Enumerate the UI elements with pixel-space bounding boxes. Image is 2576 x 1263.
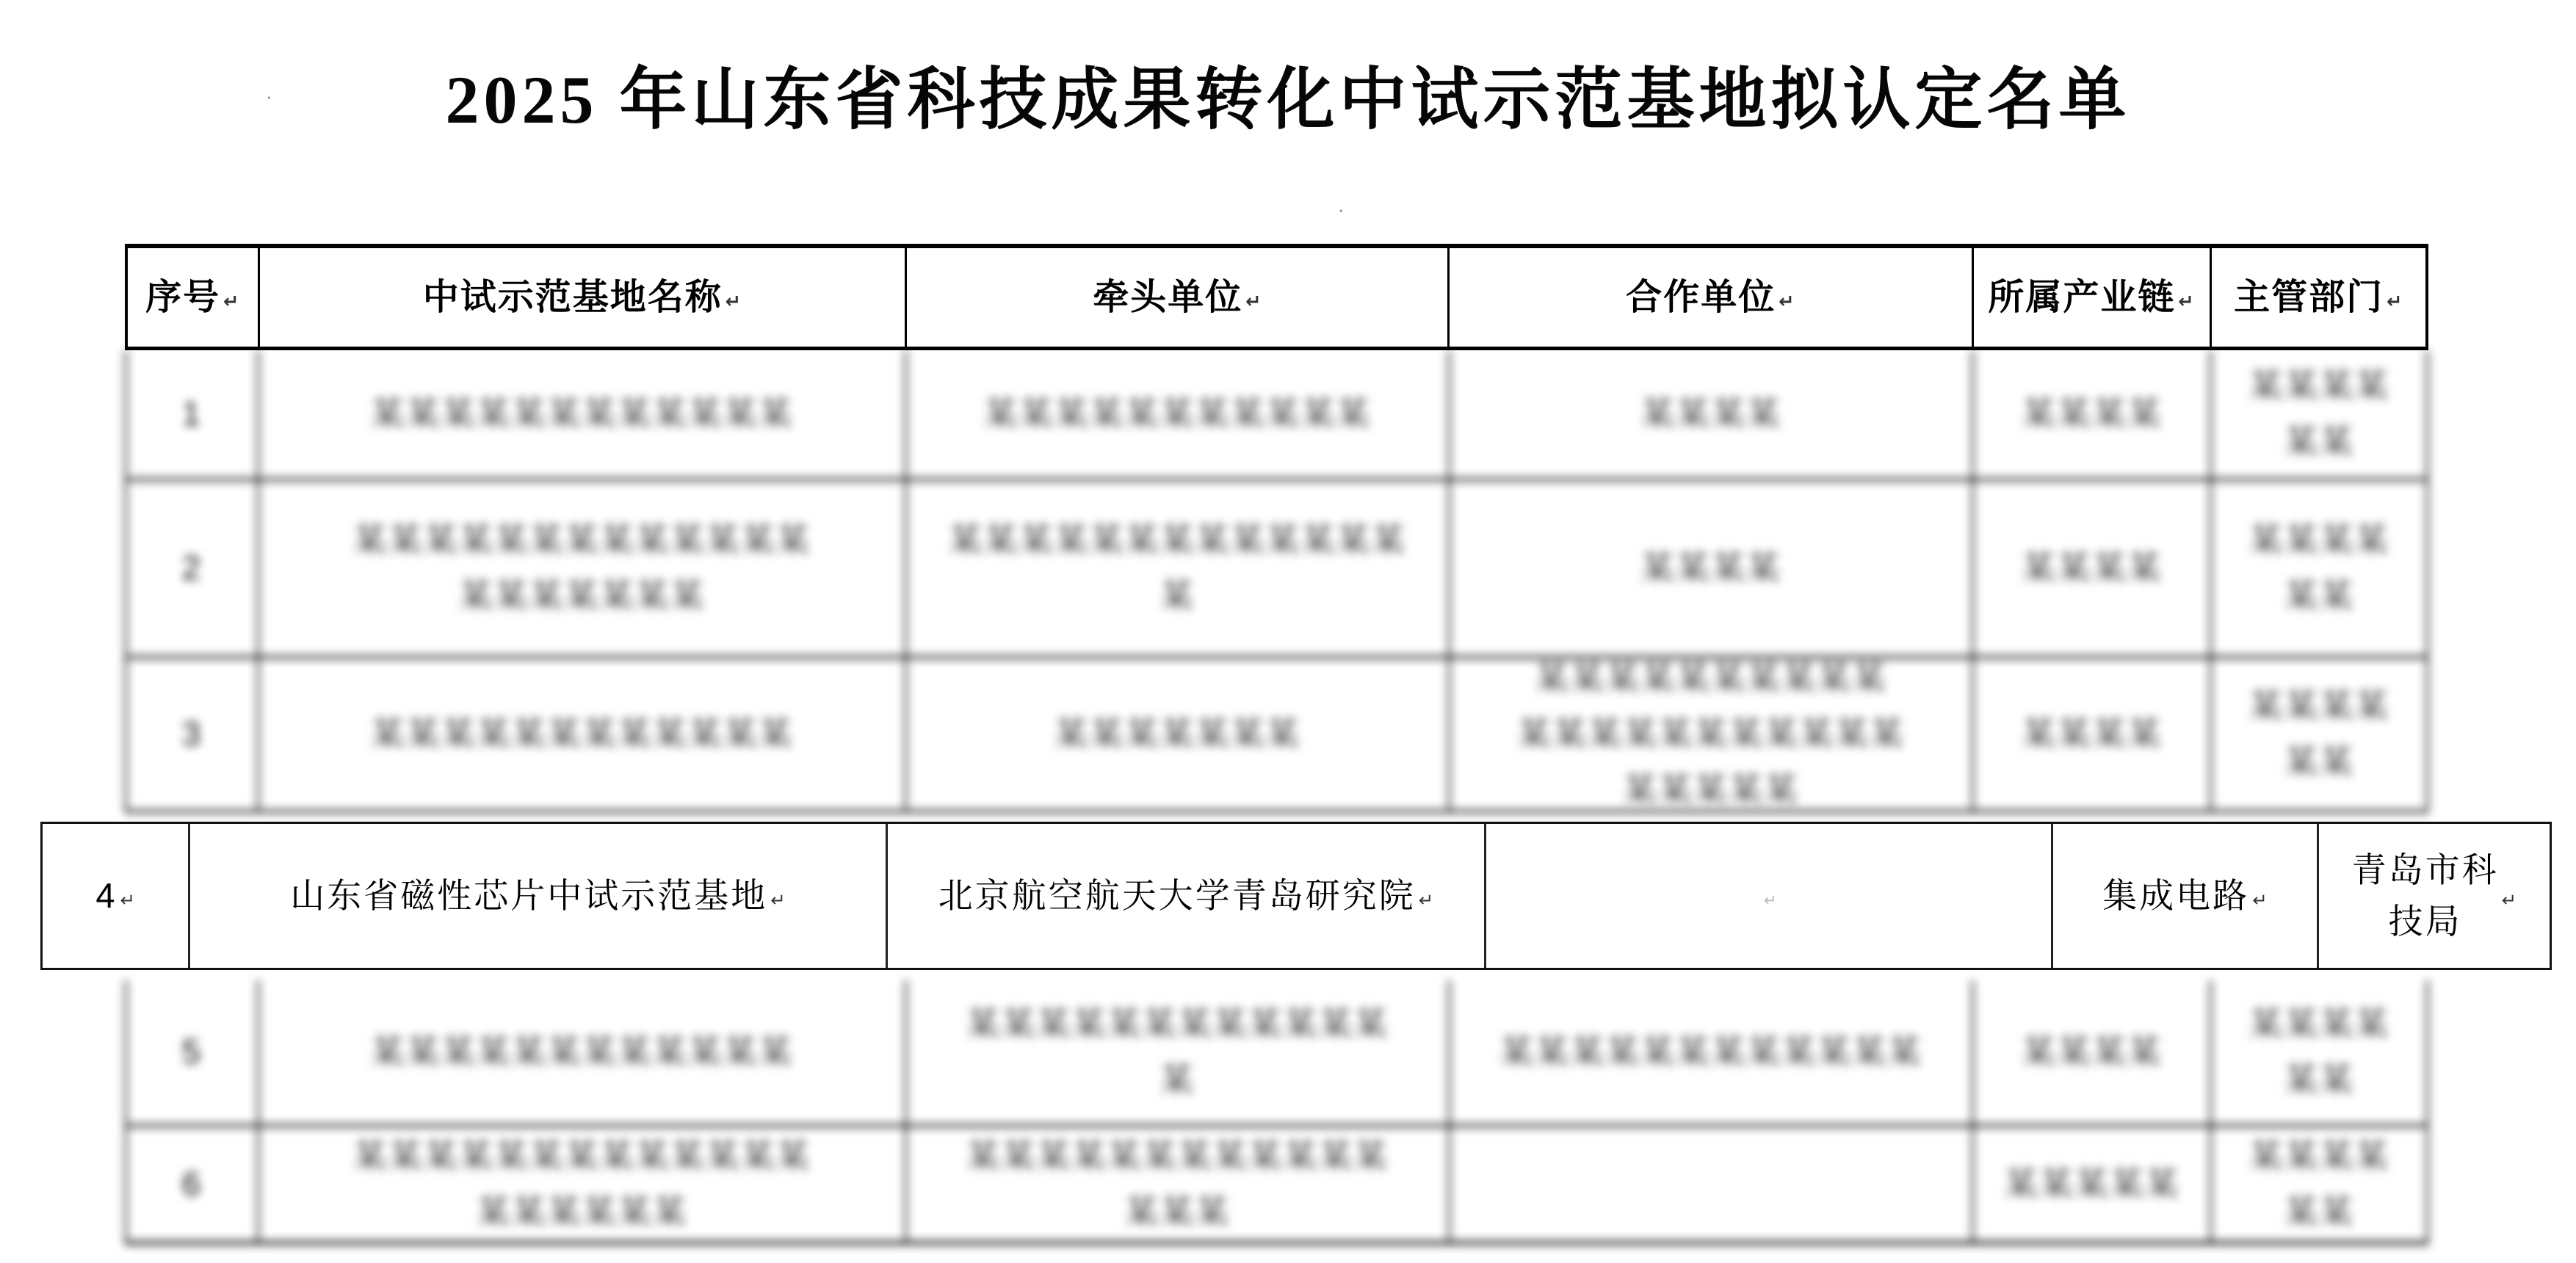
scan-speck: · (1338, 200, 1345, 219)
cell-value: 某某某某 某某 (2248, 513, 2389, 624)
cell-value: 集成电路 (2102, 870, 2249, 922)
cell-value: 1 (182, 386, 203, 442)
header-cell-industry-chain: 所属产业链↵ (1974, 248, 2212, 347)
cell-value: 某某某某某某某 (1054, 706, 1300, 762)
return-mark-icon: ↵ (2387, 291, 2403, 313)
cell-authority: 某某某某 某某 (2212, 350, 2425, 478)
header-label: 序号 (145, 268, 220, 327)
header-cell-coop-unit: 合作单位↵ (1450, 248, 1973, 347)
cell-lead-unit: 某某某某某某某 (907, 659, 1450, 810)
approval-list-table: 序号↵ 中试示范基地名称↵ 牵头单位↵ 合作单位↵ 所属产业链↵ 主管部门↵ 1… (125, 244, 2428, 1245)
header-cell-base-name: 中试示范基地名称↵ (260, 248, 908, 347)
cell-lead-unit: 某某某某某某某某某某某某 某 (907, 980, 1450, 1124)
header-label: 牵头单位 (1093, 268, 1242, 327)
cell-industry-chain: 某某某某 (1974, 481, 2212, 656)
cell-value: 某某某某 (2022, 540, 2163, 596)
cell-value: 某某某某某某某某某某某某某 某某某某某某 (352, 1129, 811, 1240)
cell-coop-unit: 某某某某 (1450, 350, 1975, 478)
return-mark-icon: ↵ (1245, 291, 1262, 313)
cell-seq: 3 (127, 659, 259, 810)
cell-value: 北京航空航天大学青岛研究院 (938, 870, 1416, 922)
cell-value: 某某某某某某某某某某某某 (370, 386, 793, 442)
cell-lead-unit: 某某某某某某某某某某某 (907, 350, 1450, 478)
cell-coop-unit (1450, 1127, 1975, 1241)
cell-value: 某某某某某某某某某某某 (983, 386, 1371, 442)
cell-base-name: 山东省磁性芯片中试示范基地↵ (190, 824, 887, 968)
cell-base-name: 某某某某某某某某某某某某某 某某某某某某 (259, 1127, 907, 1241)
blurred-rows-group-bottom: 5 某某某某某某某某某某某某 某某某某某某某某某某某某 某 某某某某某某某某某某… (125, 980, 2428, 1245)
cell-authority: 某某某某 某某 (2212, 659, 2425, 810)
cell-industry-chain: 某某某某 (1974, 980, 2212, 1124)
cell-value: 某某某某某某某某某某某某 某某某 (966, 1129, 1389, 1240)
cell-value: 某某某某 某某 (2248, 996, 2389, 1108)
cell-value: 5 (182, 1024, 203, 1080)
cell-value: 某某某某 某某 (2248, 678, 2389, 790)
cell-value: 6 (182, 1157, 203, 1212)
cell-coop-unit: 某某某某某某某某某某 某某某某某某某某某某某 某某某某某 (1450, 659, 1975, 810)
return-mark-icon: ↵ (120, 889, 135, 911)
cell-value: 某某某某 某某 (2248, 358, 2389, 470)
cell-value: 某某某某 (2022, 706, 2163, 762)
cell-lead-unit: 某某某某某某某某某某某某某 某 (907, 481, 1450, 656)
cell-base-name: 某某某某某某某某某某某某某 某某某某某某某 (259, 481, 907, 656)
cell-industry-chain: 某某某某某 (1974, 1127, 2212, 1241)
cell-authority: 青岛市科技局↵ (2319, 824, 2550, 968)
return-mark-icon: ↵ (2178, 291, 2194, 313)
cell-value: 某某某某 (1640, 386, 1781, 442)
cell-authority: 某某某某 某某 (2212, 481, 2425, 656)
table-row: 3 某某某某某某某某某某某某 某某某某某某某 某某某某某某某某某某 某某某某某某… (127, 659, 2426, 813)
blurred-rows-group-top: 1 某某某某某某某某某某某某 某某某某某某某某某某某 某某某某 某某某某 某某某… (125, 350, 2428, 813)
cell-coop-unit: 某某某某 (1450, 481, 1975, 656)
cell-value: 某某某某某某某某某某某某 (370, 706, 793, 762)
return-mark-icon: ↵ (770, 889, 785, 911)
cell-value: 某某某某某 (2004, 1157, 2180, 1212)
table-header-row: 序号↵ 中试示范基地名称↵ 牵头单位↵ 合作单位↵ 所属产业链↵ 主管部门↵ (125, 244, 2428, 350)
cell-coop-unit-empty: ↵ (1486, 824, 2053, 968)
cell-value: 某某某某某某某某某某某某 (370, 1024, 793, 1080)
return-mark-icon: ↵ (2252, 889, 2267, 911)
return-mark-icon: ↵ (1764, 891, 1777, 910)
return-mark-icon: ↵ (1419, 889, 1433, 911)
page-title: 2025 年山东省科技成果转化中试示范基地拟认定名单 (0, 46, 2576, 142)
cell-value: 某某某某 某某 (2248, 1129, 2389, 1240)
cell-value: 某某某某某某某某某某 某某某某某某某某某某某 某某某某某 (1517, 659, 1905, 810)
cell-coop-unit: 某某某某某某某某某某某某 (1450, 980, 1975, 1124)
cell-value: 某某某某 (2022, 1024, 2163, 1080)
return-mark-icon: ↵ (1779, 291, 1795, 313)
scan-speck: · (266, 87, 272, 106)
header-label: 所属产业链 (1988, 268, 2175, 327)
header-cell-lead-unit: 牵头单位↵ (907, 248, 1450, 347)
cell-seq: 5 (127, 980, 259, 1124)
cell-industry-chain: 某某某某 (1974, 659, 2212, 810)
cell-base-name: 某某某某某某某某某某某某 (259, 980, 907, 1124)
cell-value: 某某某某某某某某某某某某 (1499, 1024, 1922, 1080)
header-label: 合作单位 (1626, 268, 1776, 327)
table-row: 1 某某某某某某某某某某某某 某某某某某某某某某某某 某某某某 某某某某 某某某… (127, 350, 2426, 481)
cell-industry-chain: 集成电路↵ (2053, 824, 2319, 968)
table-row: 6 某某某某某某某某某某某某某 某某某某某某 某某某某某某某某某某某某 某某某 … (127, 1127, 2426, 1245)
cell-authority: 某某某某 某某 (2212, 1127, 2425, 1241)
cell-value: 山东省磁性芯片中试示范基地 (290, 870, 767, 922)
header-label: 中试示范基地名称 (423, 268, 723, 327)
table-row: 2 某某某某某某某某某某某某某 某某某某某某某 某某某某某某某某某某某某某 某 … (127, 481, 2426, 659)
header-label: 主管部门 (2234, 268, 2384, 327)
cell-value: 2 (182, 540, 203, 596)
cell-seq: 6 (127, 1127, 259, 1241)
cell-lead-unit: 某某某某某某某某某某某某 某某某 (907, 1127, 1450, 1241)
cell-base-name: 某某某某某某某某某某某某 (259, 659, 907, 810)
cell-industry-chain: 某某某某 (1974, 350, 2212, 478)
cell-seq: 1 (127, 350, 259, 478)
cell-value: 3 (182, 706, 203, 762)
cell-seq: 4↵ (43, 824, 190, 968)
cell-value: 4 (95, 870, 117, 922)
cell-value: 某某某某某某某某某某某某 某 (966, 996, 1389, 1108)
header-cell-seq: 序号↵ (128, 248, 260, 347)
cell-value: 某某某某某某某某某某某某某 某某某某某某某 (352, 513, 811, 624)
cell-value: 某某某某 (2022, 386, 2163, 442)
return-mark-icon: ↵ (2502, 889, 2517, 911)
header-cell-authority: 主管部门↵ (2212, 248, 2425, 347)
cell-value: 青岛市科技局 (2352, 844, 2499, 948)
return-mark-icon: ↵ (726, 291, 742, 313)
return-mark-icon: ↵ (223, 291, 239, 313)
table-row: 5 某某某某某某某某某某某某 某某某某某某某某某某某某 某 某某某某某某某某某某… (127, 980, 2426, 1127)
cell-authority: 某某某某 某某 (2212, 980, 2425, 1124)
cell-seq: 2 (127, 481, 259, 656)
cell-value: 某某某某某某某某某某某某某 某 (948, 513, 1406, 624)
highlighted-row-4: 4↵ 山东省磁性芯片中试示范基地↵ 北京航空航天大学青岛研究院↵ ↵ 集成电路↵… (40, 822, 2552, 970)
cell-value: 某某某某 (1640, 540, 1781, 596)
cell-base-name: 某某某某某某某某某某某某 (259, 350, 907, 478)
cell-lead-unit: 北京航空航天大学青岛研究院↵ (888, 824, 1487, 968)
